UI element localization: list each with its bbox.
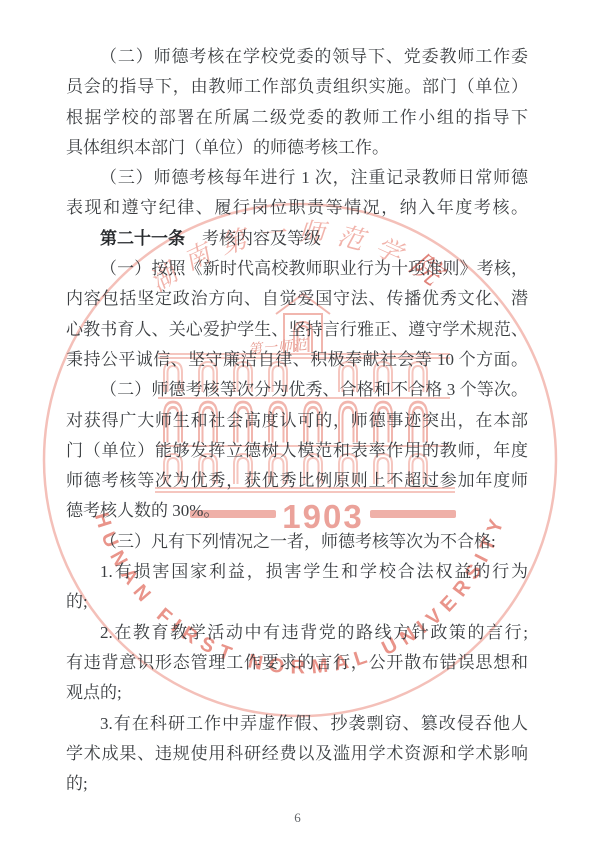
article-heading-label: 第二十一条 xyxy=(100,229,185,248)
text-line: （二）师德考核等次分为优秀、合格和不合格 3 个等次。 xyxy=(66,375,528,405)
text-run: （三）凡有下列情况之一者，师德考核等次为不合格: xyxy=(100,532,496,551)
text-line: 根据学校的部署在所属二级党委的教师工作小组的指导下 xyxy=(66,103,528,133)
text-line: 员会的指导下，由教师工作部负责组织实施。部门（单位） xyxy=(66,72,528,102)
text-line: 观点的; xyxy=(66,678,528,708)
text-run: 心教书育人、关心爱护学生、坚持言行雅正、遵守学术规范、 xyxy=(66,320,528,339)
text-line: 具体组织本部门（单位）的师德考核工作。 xyxy=(66,133,528,163)
text-line: （一）按照《新时代高校教师职业行为十项准则》考核， xyxy=(66,254,528,284)
text-run: （三）师德考核每年进行 1 次，注重记录教师日常师德 xyxy=(100,168,528,187)
text-line: 3.有在科研工作中弄虚作假、抄袭剽窃、篡改侵吞他人 xyxy=(66,709,528,739)
text-run: 观点的; xyxy=(66,683,122,702)
text-run: （二）师德考核在学校党委的领导下、党委教师工作委 xyxy=(100,47,528,66)
text-line: 对获得广大师生和社会高度认可的，师德事迹突出，在本部 xyxy=(66,406,528,436)
text-line: 2.在教育教学活动中有违背党的路线方针政策的言行; xyxy=(66,618,528,648)
text-run: 德考核人数的 30%。 xyxy=(66,501,220,520)
text-line: 师德考核等次为优秀，获优秀比例原则上不超过参加年度师 xyxy=(66,466,528,496)
text-line: （三）凡有下列情况之一者，师德考核等次为不合格: xyxy=(66,527,528,557)
text-line: 1.有损害国家利益，损害学生和学校合法权益的行为 xyxy=(66,557,528,587)
text-line: 内容包括坚定政治方向、自觉爱国守法、传播优秀文化、潜 xyxy=(66,284,528,314)
text-run: 员会的指导下，由教师工作部负责组织实施。部门（单位） xyxy=(66,77,528,96)
text-run: 秉持公平诚信、坚守廉洁自律、积极奉献社会等 10 个方面。 xyxy=(66,350,528,369)
text-run: 根据学校的部署在所属二级党委的教师工作小组的指导下 xyxy=(66,108,528,127)
document-body: （二）师德考核在学校党委的领导下、党委教师工作委员会的指导下，由教师工作部负责组… xyxy=(66,42,528,799)
text-run: （二）师德考核等次分为优秀、合格和不合格 3 个等次。 xyxy=(100,380,528,399)
text-run: 的; xyxy=(66,774,88,793)
text-run: 1.有损害国家利益，损害学生和学校合法权益的行为 xyxy=(100,562,528,581)
text-run: 的; xyxy=(66,592,88,611)
text-line: 秉持公平诚信、坚守廉洁自律、积极奉献社会等 10 个方面。 xyxy=(66,345,528,375)
text-run: 学术成果、违规使用科研经费以及滥用学术资源和学术影响 xyxy=(66,744,528,763)
text-run: 有违背意识形态管理工作要求的言行，公开散布错误思想和 xyxy=(66,653,528,672)
text-run: 师德考核等次为优秀，获优秀比例原则上不超过参加年度师 xyxy=(66,471,528,490)
text-line: （三）师德考核每年进行 1 次，注重记录教师日常师德 xyxy=(66,163,528,193)
text-line: 心教书育人、关心爱护学生、坚持言行雅正、遵守学术规范、 xyxy=(66,315,528,345)
page-number: 6 xyxy=(0,810,595,826)
text-line: 门（单位）能够发挥立德树人模范和表率作用的教师，年度 xyxy=(66,436,528,466)
document-page: 湖南第一师范学院 HUNAN FIRST NORMAL UNIVERSITY xyxy=(0,0,595,864)
text-run: 对获得广大师生和社会高度认可的，师德事迹突出，在本部 xyxy=(66,411,528,430)
text-run: 2.在教育教学活动中有违背党的路线方针政策的言行; xyxy=(100,623,528,642)
text-line: （二）师德考核在学校党委的领导下、党委教师工作委 xyxy=(66,42,528,72)
text-line: 有违背意识形态管理工作要求的言行，公开散布错误思想和 xyxy=(66,648,528,678)
text-run: 门（单位）能够发挥立德树人模范和表率作用的教师，年度 xyxy=(66,441,528,460)
text-line: 表现和遵守纪律、履行岗位职责等情况，纳入年度考核。 xyxy=(66,193,528,223)
text-line: 的; xyxy=(66,769,528,799)
text-run: 具体组织本部门（单位）的师德考核工作。 xyxy=(66,138,389,157)
text-run: 3.有在科研工作中弄虚作假、抄袭剽窃、篡改侵吞他人 xyxy=(100,714,528,733)
text-line: 的; xyxy=(66,587,528,617)
text-run: 考核内容及等级 xyxy=(185,229,321,248)
text-run: 表现和遵守纪律、履行岗位职责等情况，纳入年度考核。 xyxy=(66,198,528,217)
text-line: 第二十一条 考核内容及等级 xyxy=(66,224,528,254)
text-run: 内容包括坚定政治方向、自觉爱国守法、传播优秀文化、潜 xyxy=(66,289,528,308)
text-line: 德考核人数的 30%。 xyxy=(66,496,528,526)
text-run: （一）按照《新时代高校教师职业行为十项准则》考核， xyxy=(100,259,528,278)
text-line: 学术成果、违规使用科研经费以及滥用学术资源和学术影响 xyxy=(66,739,528,769)
